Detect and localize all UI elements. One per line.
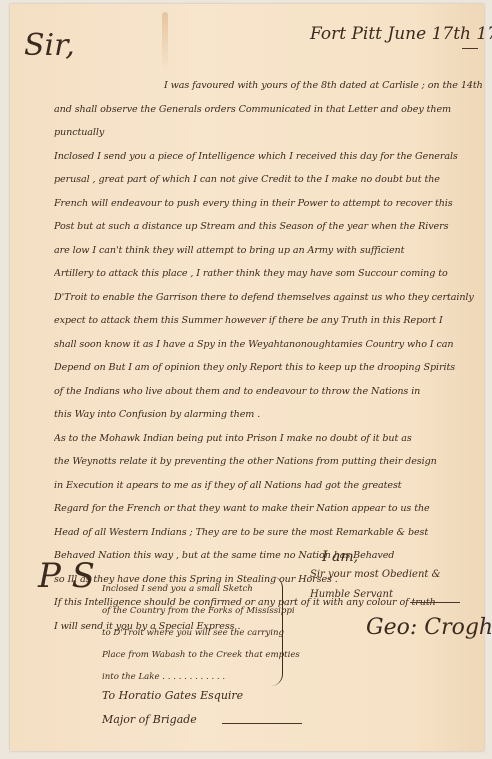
body-line: Artillery to attack this place , I rathe… — [54, 262, 484, 286]
body-line: punctually — [54, 121, 484, 145]
body-line: of the Indians who live about them and t… — [54, 380, 484, 404]
body-line: perusal , great part of which I can not … — [54, 168, 484, 192]
dateline-flourish — [462, 48, 478, 49]
body-line: French will endeavour to push every thin… — [54, 192, 484, 216]
address-line-1: To Horatio Gates Esquire — [102, 684, 243, 708]
address-line-2: Major of Brigade — [102, 708, 243, 732]
closing-line-1: Sir your most Obedient & — [310, 565, 492, 585]
body-line: in Execution it apears to me as if they … — [54, 474, 484, 498]
body-line: Depend on But I am of opinion they only … — [54, 356, 484, 380]
body-line: and shall observe the Generals orders Co… — [54, 98, 484, 122]
postscript-brace — [268, 576, 283, 686]
paper-stain — [162, 12, 168, 72]
closing-line-2: Humble Servant — [310, 585, 492, 605]
body-line: D'Troit to enable the Garrison there to … — [54, 286, 484, 310]
address-flourish — [222, 723, 302, 724]
letter-page: Sir, Fort Pitt June 17th 1760 I was favo… — [10, 4, 484, 751]
closing: I am, Sir your most Obedient & Humble Se… — [310, 549, 492, 640]
body-line: this Way into Confusion by alarming them… — [54, 403, 484, 427]
postscript: Inclosed I send you a small Sketch of th… — [102, 578, 272, 688]
salutation: Sir, — [24, 28, 75, 63]
body-line: Post but at such a distance up Stream an… — [54, 215, 484, 239]
postscript-line: of the Country from the Forks of Mississ… — [102, 600, 272, 622]
body-line: shall soon know it as I have a Spy in th… — [54, 333, 484, 357]
address-block: To Horatio Gates Esquire Major of Brigad… — [102, 684, 243, 732]
postscript-line: Place from Wabash to the Creek that empt… — [102, 644, 272, 666]
closing-i-am: I am, — [322, 549, 492, 565]
body-line: Regard for the French or that they want … — [54, 497, 484, 521]
postscript-line: Inclosed I send you a small Sketch — [102, 578, 272, 600]
postscript-line: to D'Troit where you will see the carryi… — [102, 622, 272, 644]
body-line: expect to attack them this Summer howeve… — [54, 309, 484, 333]
postscript-mark: P S — [38, 556, 95, 596]
body-line: are low I can't think they will attempt … — [54, 239, 484, 263]
body-line: As to the Mohawk Indian being put into P… — [54, 427, 484, 451]
body-line: I was favoured with yours of the 8th dat… — [54, 74, 484, 98]
body-line: Inclosed I send you a piece of Intellige… — [54, 145, 484, 169]
body-line: the Weynotts relate it by preventing the… — [54, 450, 484, 474]
dateline: Fort Pitt June 17th 1760 — [310, 24, 492, 44]
signature: Geo: Croghan — [366, 615, 492, 640]
body-line: Head of all Western Indians ; They are t… — [54, 521, 484, 545]
closing-flourish — [410, 602, 460, 603]
